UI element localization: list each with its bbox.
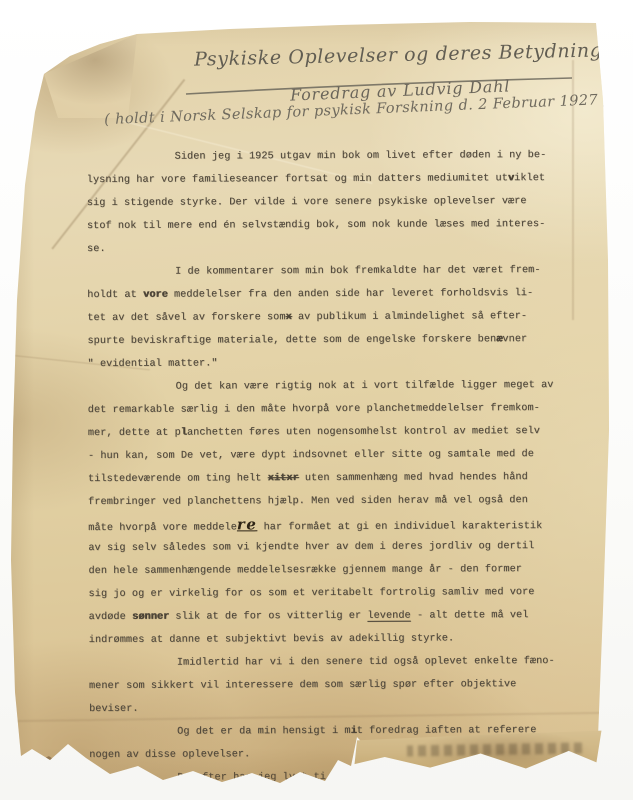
typed-line: Og det kan være rigtig nok at i vort til…	[88, 374, 568, 399]
typed-line: - hun kan, som De vet, være dypt indsovn…	[88, 443, 568, 468]
typed-line: av sig selv således som vi kjendte hver …	[88, 535, 568, 560]
typed-line: se.	[87, 236, 567, 261]
typed-line: den hele sammenhængende meddelelsesrække…	[88, 558, 568, 583]
typed-line: Siden jeg i 1925 utgav min bok om livet …	[87, 144, 567, 169]
bleedthrough-smudge	[407, 742, 582, 756]
typed-text-block: Siden jeg i 1925 utgav min bok om livet …	[87, 144, 570, 790]
typed-line: sig i stigende styrke. Der vilde i vore …	[87, 190, 567, 215]
typed-line: spurte beviskraftige materiale, dette so…	[87, 328, 567, 353]
typed-line: frembringer ved planchettens hjælp. Men …	[88, 489, 568, 514]
typed-line: mer, dette at planchetten føres uten nog…	[88, 420, 568, 445]
typed-line: Imidlertid har vi i den senere tid også …	[89, 650, 569, 675]
typed-line: stof nok til mere end én selvstændig bok…	[87, 213, 567, 238]
typed-line: lysning har vore familieseancer fortsat …	[87, 167, 567, 192]
typed-line: tilstedeværende om ting helt xitxr uten …	[88, 466, 568, 491]
typed-line: sig jo og er virkelig for os som et veri…	[89, 581, 569, 606]
typed-line: det remarkable særlig i den måte hvorpå …	[88, 397, 568, 422]
handwritten-title: Psykiske Oplevelser og deres Betydning	[194, 39, 603, 70]
typed-line: indrømmes at danne et subjektivt bevis a…	[89, 627, 569, 652]
typed-line: tet av det såvel av forskere somx av pub…	[87, 305, 567, 330]
typed-line: " evidential matter."	[88, 351, 568, 376]
paper-sheet: Psykiske Oplevelser og deres Betydning F…	[0, 0, 633, 800]
typed-line: holdt at vore meddelelser fra den anden …	[87, 282, 567, 307]
typed-line: I de kommentarer som min bok fremkaldte …	[87, 259, 567, 284]
typed-line: måte hvorpå vore meddelere har formået a…	[88, 512, 568, 537]
typed-line: Derefter har jeg lyst ti	[89, 765, 569, 790]
typed-line: avdøde sønner slik at de for os vitterli…	[89, 604, 569, 629]
typed-line: mener som sikkert vil interessere dem so…	[89, 673, 569, 698]
typed-line: beviser.	[89, 696, 569, 721]
torn-notch	[28, 756, 66, 774]
scanned-page: Psykiske Oplevelser og deres Betydning F…	[0, 0, 633, 800]
